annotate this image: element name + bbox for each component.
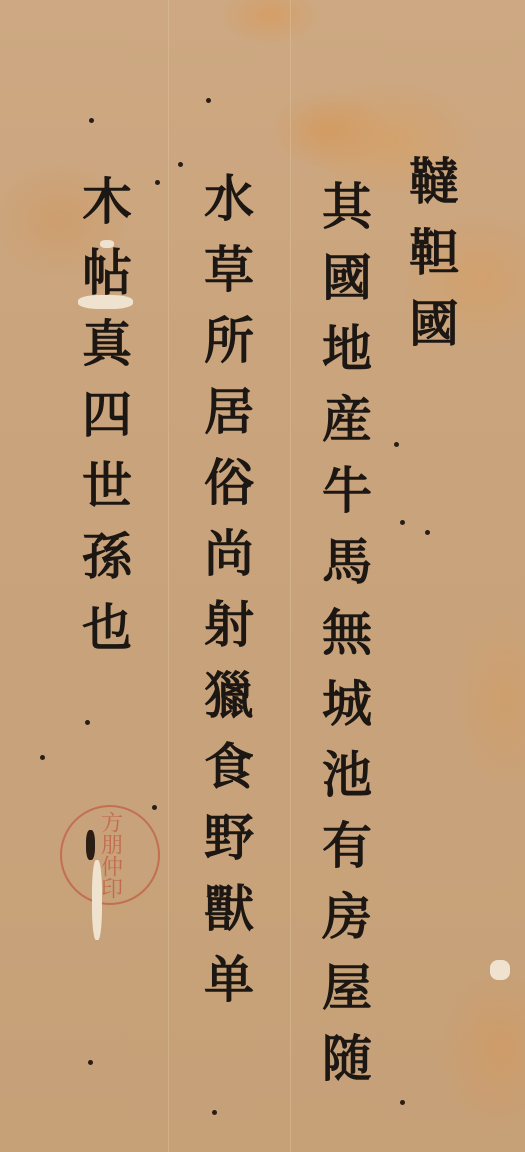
worm-hole xyxy=(400,520,405,525)
text-column-2: 其國地産牛馬無城池有房屋随 xyxy=(318,180,368,1103)
text-column-1: 韃靼國 xyxy=(405,155,455,368)
paper-tear xyxy=(92,860,102,940)
worm-hole xyxy=(206,98,211,103)
worm-hole xyxy=(394,442,399,447)
worm-hole xyxy=(89,118,94,123)
manuscript-page: 韃靼國 其國地産牛馬無城池有房屋随 水草所居俗尚射獵食野獸单 木帖真四世孫也 方… xyxy=(0,0,525,1152)
paper-tear xyxy=(78,295,133,309)
red-seal-stamp: 方朋仲印 xyxy=(60,805,160,905)
paper-tear xyxy=(490,960,510,980)
worm-hole xyxy=(40,755,45,760)
text-column-3: 水草所居俗尚射獵食野獸单 xyxy=(200,172,250,1024)
worm-hole xyxy=(425,530,430,535)
text-column-4: 木帖真四世孫也 xyxy=(78,175,128,672)
ink-damage xyxy=(86,830,95,860)
worm-hole xyxy=(400,1100,405,1105)
worm-hole xyxy=(155,180,160,185)
paper-fold-line xyxy=(168,0,169,1152)
worm-hole xyxy=(152,805,157,810)
worm-hole xyxy=(178,162,183,167)
paper-fold-line xyxy=(290,0,291,1152)
worm-hole xyxy=(85,720,90,725)
worm-hole xyxy=(212,1110,217,1115)
worm-hole xyxy=(88,1060,93,1065)
paper-tear xyxy=(100,240,114,248)
